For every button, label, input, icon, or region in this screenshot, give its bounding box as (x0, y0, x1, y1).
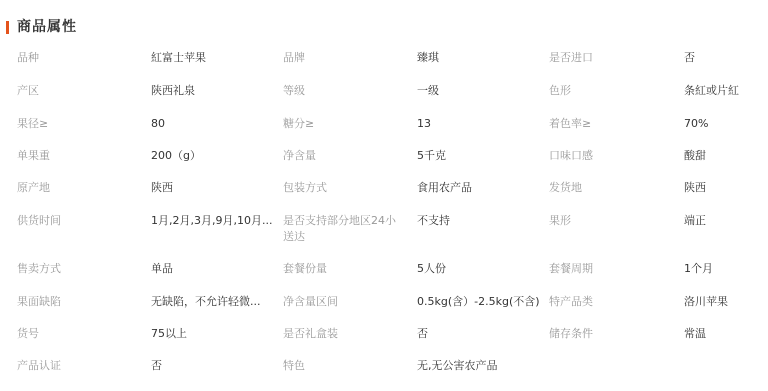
attribute-value: 75以上 (151, 326, 276, 342)
attribute-value: 无缺陷，不允许轻微... (151, 294, 276, 310)
attribute-value: 酸甜 (684, 148, 768, 164)
attribute-value: 端正 (684, 213, 768, 229)
attribute-label: 套餐份量 (283, 261, 413, 277)
attribute-label: 等级 (283, 83, 413, 99)
attribute-value: 臻琪 (417, 50, 545, 66)
attribute-value: 陕西 (684, 180, 768, 196)
attribute-label: 产品认证 (17, 358, 142, 374)
attribute-value: 200（g） (151, 148, 276, 164)
attribute-label: 品种 (17, 50, 142, 66)
attribute-value: 否 (151, 358, 276, 374)
attribute-label: 色形 (549, 83, 677, 99)
attribute-label: 套餐周期 (549, 261, 677, 277)
attribute-label: 是否礼盒装 (283, 326, 413, 342)
attribute-value: 单品 (151, 261, 276, 277)
section-title: 商品属性 (17, 19, 77, 35)
attribute-label: 果面缺陷 (17, 294, 142, 310)
attribute-label: 产区 (17, 83, 142, 99)
attribute-value: 洛川苹果 (684, 294, 768, 310)
attribute-label: 口味口感 (549, 148, 677, 164)
attribute-value: 否 (684, 50, 768, 66)
attribute-label: 单果重 (17, 148, 142, 164)
attribute-value: 条紅或片紅 (684, 83, 768, 99)
attribute-label: 储存条件 (549, 326, 677, 342)
attribute-label: 发货地 (549, 180, 677, 196)
attribute-label: 特产品类 (549, 294, 677, 310)
attribute-value: 0.5kg(含）-2.5kg(不含) (417, 294, 545, 310)
attribute-label: 净含量区间 (283, 294, 413, 310)
accent-bar (6, 21, 9, 34)
attribute-value: 5千克 (417, 148, 545, 164)
attribute-value: 13 (417, 116, 545, 132)
attribute-label: 原产地 (17, 180, 142, 196)
attribute-value: 无,无公害农产品 (417, 358, 545, 374)
attribute-value: 陕西礼泉 (151, 83, 276, 99)
attribute-value: 常温 (684, 326, 768, 342)
attribute-label: 是否进口 (549, 50, 677, 66)
attribute-label: 包装方式 (283, 180, 413, 196)
attribute-label: 净含量 (283, 148, 413, 164)
attribute-label: 供货时间 (17, 213, 142, 229)
attribute-value: 否 (417, 326, 545, 342)
attribute-label: 糖分≥ (283, 116, 413, 132)
attribute-value: 紅富士苹果 (151, 50, 276, 66)
attribute-value: 不支持 (417, 213, 545, 229)
attribute-value: 一级 (417, 83, 545, 99)
attribute-label: 果形 (549, 213, 677, 229)
attribute-label: 着色率≥ (549, 116, 677, 132)
attribute-value: 1月,2月,3月,9月,10月... (151, 213, 276, 229)
attribute-value: 70% (684, 116, 768, 132)
attribute-value: 5人份 (417, 261, 545, 277)
attribute-value: 陕西 (151, 180, 276, 196)
section-header: 商品属性 (6, 19, 77, 35)
attribute-value: 80 (151, 116, 276, 132)
attribute-label: 特色 (283, 358, 413, 374)
attribute-value: 1个月 (684, 261, 768, 277)
attribute-label: 果径≥ (17, 116, 142, 132)
product-attributes-section: 商品属性 品种 紅富士苹果 品牌 臻琪 是否进口 否 产区 陕西礼泉 等级 一级… (0, 0, 768, 391)
attribute-value: 食用农产品 (417, 180, 545, 196)
attribute-label: 品牌 (283, 50, 413, 66)
attribute-label: 是否支持部分地区24小送达 (283, 213, 401, 245)
attribute-label: 货号 (17, 326, 142, 342)
attribute-label: 售卖方式 (17, 261, 142, 277)
